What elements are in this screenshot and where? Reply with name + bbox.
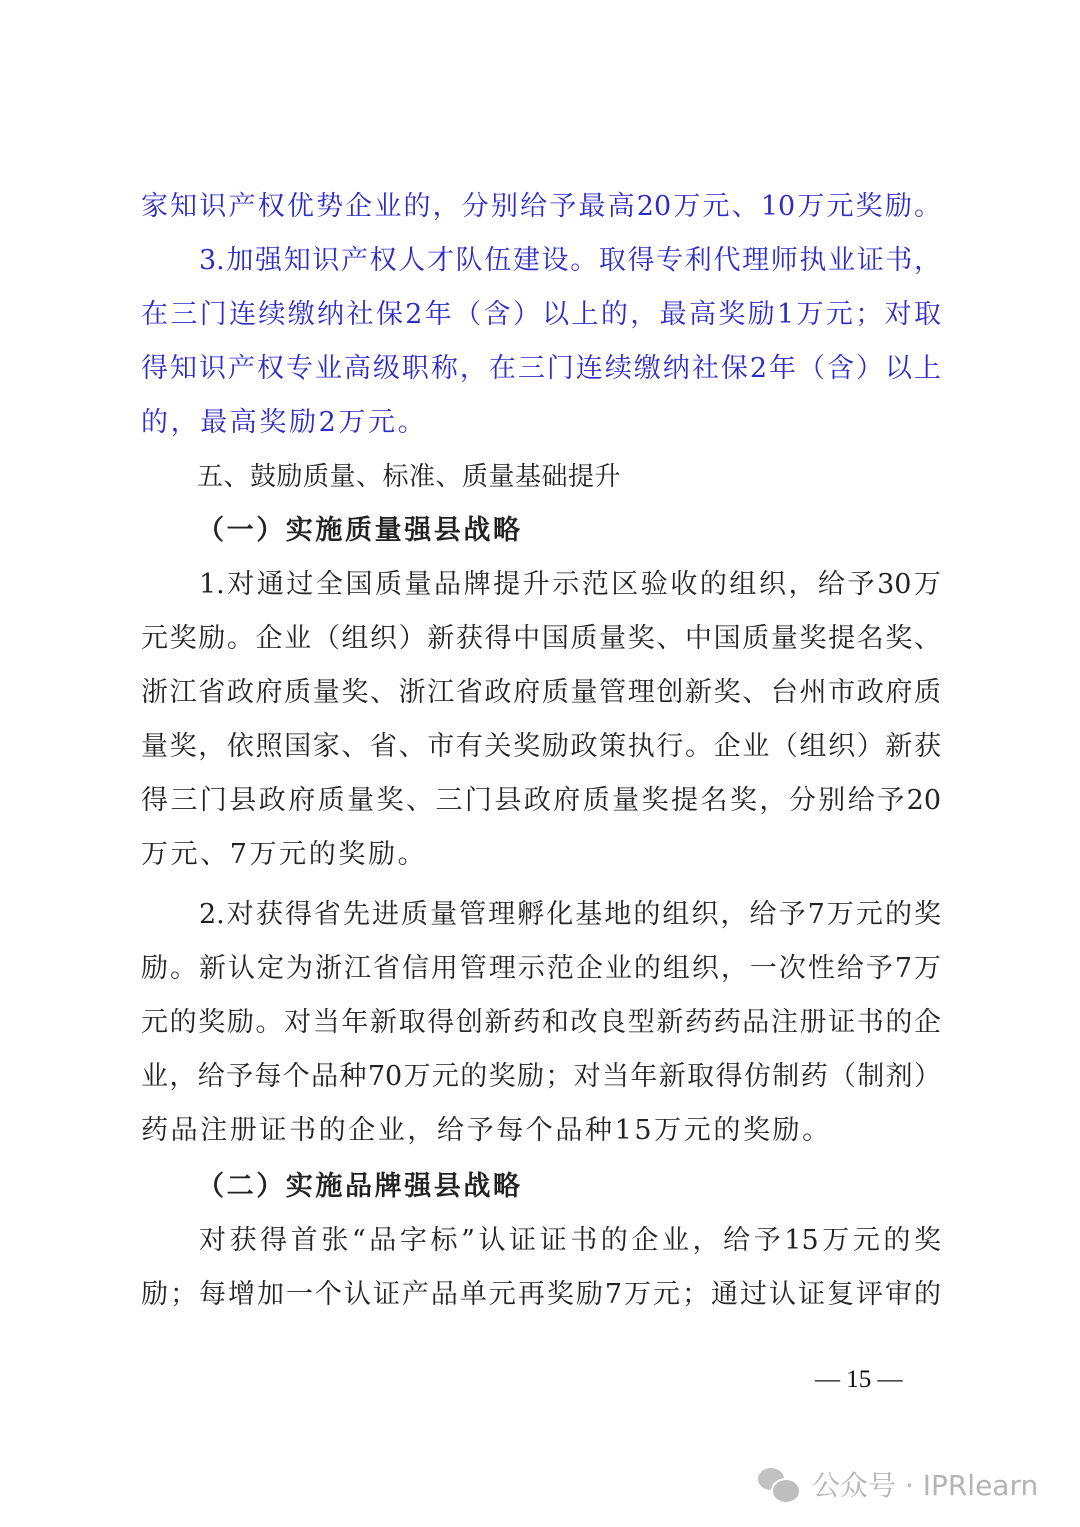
text-line: 浙江省政府质量奖、浙江省政府质量管理创新奖、台州市政府质: [141, 666, 941, 720]
text-line: 励；每增加一个认证产品单元再奖励7万元；通过认证复评审的: [141, 1268, 941, 1322]
text-line: 元奖励。企业（组织）新获得中国质量奖、中国质量奖提名奖、: [141, 612, 941, 666]
subsection-heading: （二）实施品牌强县战略: [197, 1160, 997, 1214]
text-line: 得知识产权专业高级职称，在三门连续缴纳社保2年（含）以上: [141, 342, 941, 396]
text-line: 药品注册证书的企业，给予每个品种15万元的奖励。: [141, 1104, 941, 1158]
text-line: 在三门连续缴纳社保2年（含）以上的，最高奖励1万元；对取: [141, 288, 941, 342]
text-line: 量奖，依照国家、省、市有关奖励政策执行。企业（组织）新获: [141, 720, 941, 774]
text-line: 的，最高奖励2万元。: [141, 396, 941, 450]
subsection-heading: （一）实施质量强县战略: [197, 504, 997, 558]
text-line: 3.加强知识产权人才队伍建设。取得专利代理师执业证书，: [199, 234, 941, 288]
text-line: 万元、7万元的奖励。: [141, 828, 941, 882]
text-line: 家知识产权优势企业的，分别给予最高20万元、10万元奖励。: [141, 180, 941, 234]
watermark-text: 公众号 · IPRlearn: [812, 1464, 1038, 1504]
text-line: 元的奖励。对当年新取得创新药和改良型新药药品注册证书的企: [141, 996, 941, 1050]
text-line: 1.对通过全国质量品牌提升示范区验收的组织，给予30万: [199, 558, 941, 612]
text-line: 2.对获得省先进质量管理孵化基地的组织，给予7万元的奖: [199, 888, 941, 942]
text-line: 对获得首张“品字标”认证证书的企业，给予15万元的奖: [199, 1214, 941, 1268]
text-line: 得三门县政府质量奖、三门县政府质量奖提名奖，分别给予20: [141, 774, 941, 828]
wechat-icon: [758, 1466, 800, 1502]
text-line: 励。新认定为浙江省信用管理示范企业的组织，一次性给予7万: [141, 942, 941, 996]
section-heading: 五、鼓励质量、标准、质量基础提升: [197, 450, 997, 504]
watermark: 公众号 · IPRlearn: [758, 1464, 1038, 1504]
page-number: — 15 —: [815, 1366, 903, 1394]
text-line: 业，给予每个品种70万元的奖励；对当年新取得仿制药（制剂）: [141, 1050, 941, 1104]
